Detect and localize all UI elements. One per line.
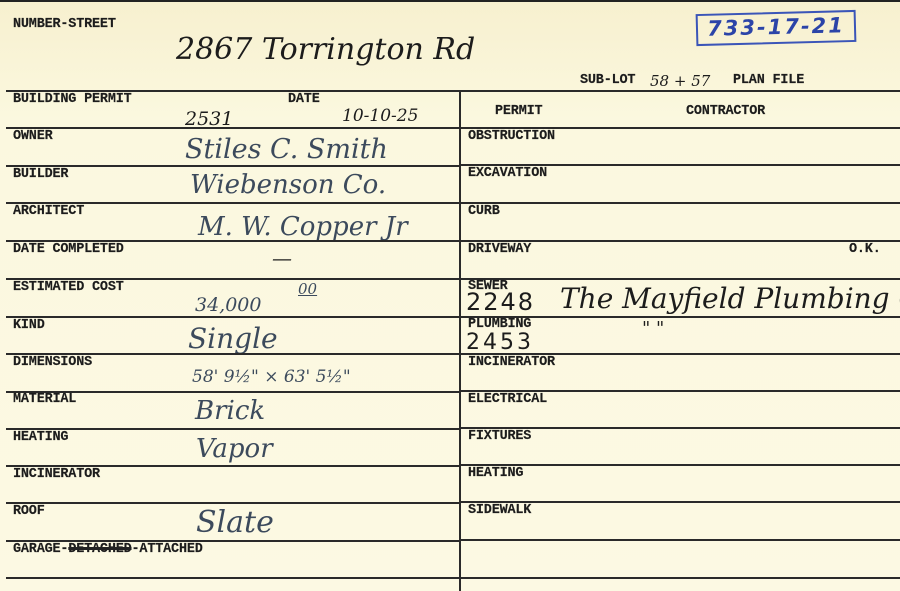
plumbing-contractor: " "	[642, 318, 664, 339]
number-street-value: 2867 Torrington Rd	[176, 32, 475, 67]
heating-label: HEATING	[13, 430, 68, 445]
obstruction-label: OBSTRUCTION	[468, 129, 555, 144]
garage-label-prefix: GARAGE-	[13, 542, 68, 557]
incinerator-permit-label: INCINERATOR	[468, 355, 555, 370]
roof-label: ROOF	[13, 504, 45, 519]
electrical-label: ELECTRICAL	[468, 392, 547, 407]
architect-value: M. W. Copper Jr	[198, 212, 408, 242]
kind-label: KIND	[13, 318, 45, 333]
sub-lot-value: 58 + 57	[650, 72, 710, 90]
divider	[459, 577, 900, 579]
fixtures-label: FIXTURES	[468, 429, 531, 444]
sidewalk-label: SIDEWALK	[468, 503, 531, 518]
building-permit-label: BUILDING PERMIT	[13, 92, 132, 107]
divider	[459, 202, 900, 204]
garage-detached-struck: DETACHED	[68, 542, 131, 557]
owner-value: Stiles C. Smith	[185, 134, 388, 165]
driveway-contractor: O.K.	[849, 242, 881, 257]
date-completed-label: DATE COMPLETED	[13, 242, 124, 257]
material-label: MATERIAL	[13, 392, 76, 407]
heating-value: Vapor	[196, 434, 273, 464]
builder-value: Wiebenson Co.	[190, 170, 386, 200]
date-value: 10-10-25	[342, 106, 418, 126]
material-value: Brick	[195, 396, 265, 426]
permit-column-header: PERMIT	[495, 104, 542, 119]
curb-label: CURB	[468, 204, 500, 219]
divider	[6, 577, 459, 579]
owner-label: OWNER	[13, 129, 53, 144]
divider	[6, 90, 900, 92]
excavation-label: EXCAVATION	[468, 166, 547, 181]
divider	[459, 464, 900, 466]
divider	[6, 316, 459, 318]
kind-value: Single	[188, 322, 278, 355]
estimated-cost-cents: 00	[298, 280, 317, 298]
date-completed-value: —	[272, 246, 292, 270]
sewer-number: 2248	[466, 288, 535, 316]
plan-file-label: PLAN FILE	[733, 73, 804, 88]
divider	[459, 278, 900, 280]
estimated-cost-label: ESTIMATED COST	[13, 280, 124, 295]
estimated-cost-value: 34,000	[195, 294, 261, 316]
divider	[6, 165, 459, 167]
dimensions-label: DIMENSIONS	[13, 355, 92, 370]
number-street-label: NUMBER-STREET	[13, 17, 116, 32]
sub-lot-label: SUB-LOT	[580, 73, 635, 88]
permit-card: 733-17-21 NUMBER-STREET 2867 Torrington …	[0, 0, 900, 591]
building-permit-value: 2531	[185, 108, 233, 130]
contractor-column-header: CONTRACTOR	[686, 104, 765, 119]
divider	[6, 502, 459, 504]
dimensions-value: 58' 9½" × 63' 5½"	[192, 367, 351, 387]
file-number-stamp: 733-17-21	[696, 10, 857, 46]
divider	[459, 539, 900, 541]
divider	[6, 127, 900, 129]
garage-label: GARAGE-DETACHED-ATTACHED	[13, 542, 203, 557]
date-label: DATE	[288, 92, 320, 107]
builder-label: BUILDER	[13, 167, 68, 182]
plumbing-number: 2453	[466, 330, 534, 355]
divider	[6, 428, 459, 430]
architect-label: ARCHITECT	[13, 204, 84, 219]
driveway-label: DRIVEWAY	[468, 242, 531, 257]
heating-permit-label: HEATING	[468, 466, 523, 481]
incinerator-label: INCINERATOR	[13, 467, 100, 482]
sewer-contractor: The Mayfield Plumbing Co	[560, 282, 900, 315]
garage-label-suffix: -ATTACHED	[132, 542, 203, 557]
roof-value: Slate	[196, 505, 274, 540]
